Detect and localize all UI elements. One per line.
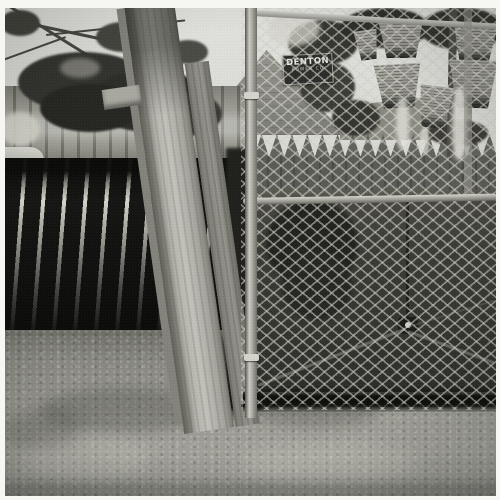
chain-link-mesh xyxy=(241,6,497,410)
chain-link-far-post xyxy=(464,6,472,194)
photo-border-left xyxy=(0,0,5,500)
post-clamp xyxy=(244,354,259,361)
photograph: ···· ····· ··· ··· DENTON POWER CO ··· ·… xyxy=(0,0,500,500)
photo-scene: ···· ····· ··· ··· DENTON POWER CO ··· ·… xyxy=(0,0,500,500)
tree-foliage xyxy=(0,10,40,36)
grass-light-patch xyxy=(20,436,150,480)
photo-border-top xyxy=(0,0,500,8)
leaf-highlight xyxy=(60,58,100,78)
photo-border-right xyxy=(496,0,500,500)
bright-bush xyxy=(0,112,40,146)
photo-border-bottom xyxy=(0,496,500,500)
chain-link-bottom-wire xyxy=(241,404,497,407)
grass-light-patch xyxy=(240,444,420,484)
post-clamp xyxy=(244,92,259,99)
